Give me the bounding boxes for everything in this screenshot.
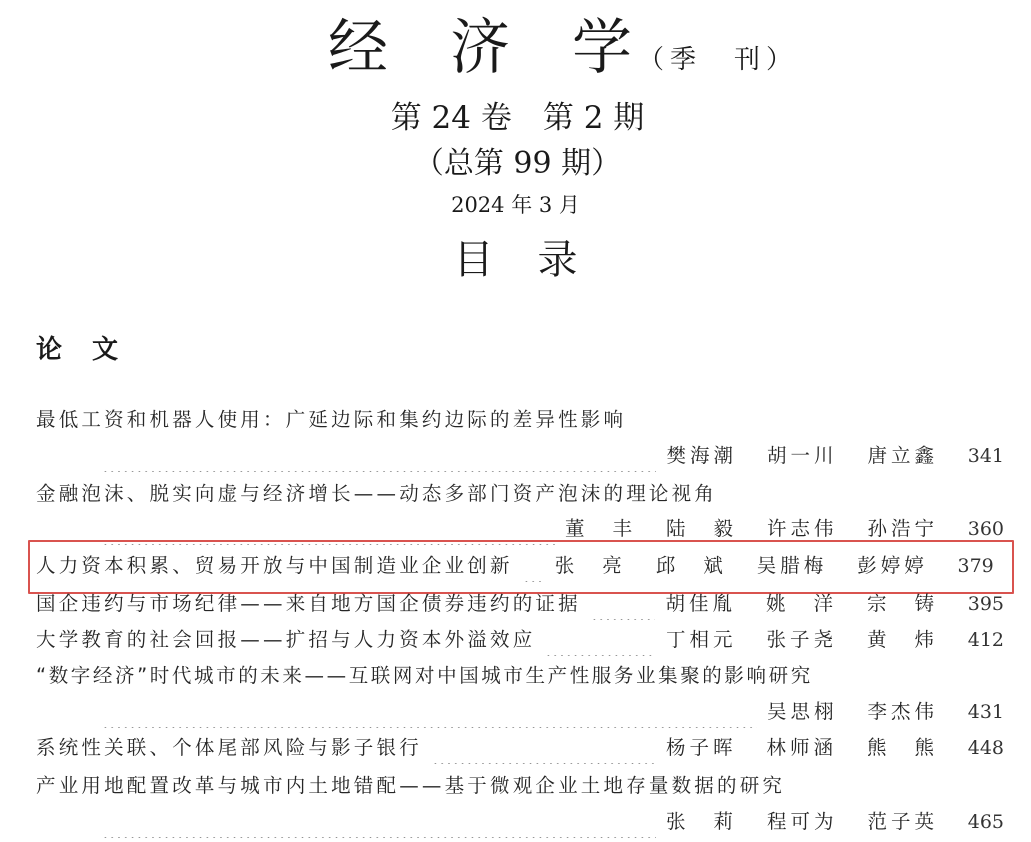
dot-leader — [102, 696, 757, 728]
toc-entry: 系统性关联、个体尾部风险与影子银行 杨子晖 林师涵 熊熊 448 — [36, 732, 1004, 764]
toc-entry-highlighted: 人力资本积累、贸易开放与中国制造业企业创新 张亮 邱斌 吴腊梅 彭婷婷 379 — [36, 550, 1004, 582]
toc-entry-author-line: 张莉 程可为 范子英 465 — [36, 806, 1004, 838]
entry-title[interactable]: 大学教育的社会回报——扩招与人力资本外溢效应 — [36, 624, 535, 656]
page-number: 448 — [964, 732, 1004, 764]
author-name: 唐立鑫 — [867, 440, 938, 472]
entry-authors: 吴思栩 李杰伟 — [767, 696, 938, 728]
entry-authors: 张莉 程可为 范子英 — [666, 806, 938, 838]
author-name: 樊海潮 — [666, 440, 737, 472]
dot-leader — [523, 550, 545, 582]
dot-leader — [102, 440, 656, 472]
entry-authors: 樊海潮 胡一川 唐立鑫 — [666, 440, 938, 472]
dot-leader — [102, 806, 656, 838]
toc-entry: 国企违约与市场纪律——来自地方国企债券违约的证据 胡佳胤 姚洋 宗铸 395 — [36, 588, 1004, 620]
entry-title[interactable]: 人力资本积累、贸易开放与中国制造业企业创新 — [36, 550, 513, 582]
journal-frequency: （季 刊） — [638, 42, 798, 78]
entry-authors: 胡佳胤 姚洋 宗铸 — [665, 588, 938, 620]
author-name: 黄炜 — [867, 624, 962, 656]
author-name: 吴思栩 — [767, 696, 838, 728]
author-name: 胡佳胤 — [665, 588, 736, 620]
entry-authors: 杨子晖 林师涵 熊熊 — [666, 732, 938, 764]
volume-issue: 第 24 卷 第 2 期 — [0, 98, 1031, 138]
page-number: 341 — [964, 440, 1004, 472]
author-name: 范子英 — [867, 806, 938, 838]
dot-leader — [591, 588, 656, 620]
page-number: 379 — [954, 550, 994, 582]
toc-entry-title-line: 最低工资和机器人使用：广延边际和集约边际的差异性影响 — [36, 404, 1004, 436]
entry-title[interactable]: 系统性关联、个体尾部风险与影子银行 — [36, 732, 422, 764]
toc-title: 目录 — [0, 232, 1031, 288]
toc-entry-title-line: “数字经济”时代城市的未来——互联网对中国城市生产性服务业集聚的影响研究 — [36, 660, 1004, 692]
toc-entry-author-line: 樊海潮 胡一川 唐立鑫 341 — [36, 440, 1004, 472]
author-name: 杨子晖 — [666, 732, 737, 764]
author-name: 宗铸 — [867, 588, 962, 620]
page-number: 412 — [964, 624, 1004, 656]
toc-entry-title-line: 金融泡沫、脱实向虚与经济增长——动态多部门资产泡沫的理论视角 — [36, 478, 1004, 510]
toc-entry-title-line: 产业用地配置改革与城市内土地错配——基于微观企业土地存量数据的研究 — [36, 770, 1004, 802]
author-name: 张莉 — [666, 806, 761, 838]
page-number: 465 — [964, 806, 1004, 838]
entry-title[interactable]: “数字经济”时代城市的未来——互联网对中国城市生产性服务业集聚的影响研究 — [36, 660, 813, 692]
entry-authors: 丁相元 张子尧 黄炜 — [666, 624, 938, 656]
page-number: 431 — [964, 696, 1004, 728]
author-name: 邱斌 — [656, 550, 751, 582]
section-heading: 论文 — [36, 332, 148, 368]
total-issue: （总第 99 期） — [0, 144, 1031, 184]
toc-entry: 大学教育的社会回报——扩招与人力资本外溢效应 丁相元 张子尧 黄炜 412 — [36, 624, 1004, 656]
page-number: 395 — [964, 588, 1004, 620]
dot-leader — [432, 732, 656, 764]
author-name: 丁相元 — [666, 624, 737, 656]
author-name: 张子尧 — [766, 624, 837, 656]
entry-title[interactable]: 最低工资和机器人使用：广延边际和集约边际的差异性影响 — [36, 404, 626, 436]
author-name: 李杰伟 — [867, 696, 938, 728]
entry-title[interactable]: 金融泡沫、脱实向虚与经济增长——动态多部门资产泡沫的理论视角 — [36, 478, 717, 510]
dot-leader — [545, 624, 656, 656]
author-name: 张亮 — [555, 550, 650, 582]
author-name: 姚洋 — [766, 588, 861, 620]
toc-entry-author-line: 吴思栩 李杰伟 431 — [36, 696, 1004, 728]
author-name: 吴腊梅 — [757, 550, 828, 582]
entry-authors: 张亮 邱斌 吴腊梅 彭婷婷 — [555, 550, 928, 582]
entry-title[interactable]: 产业用地配置改革与城市内土地错配——基于微观企业土地存量数据的研究 — [36, 770, 785, 802]
author-name: 熊熊 — [867, 732, 962, 764]
publication-date: 2024 年 3 月 — [0, 190, 1031, 220]
entry-title[interactable]: 国企违约与市场纪律——来自地方国企债券违约的证据 — [36, 588, 581, 620]
author-name: 程可为 — [767, 806, 838, 838]
author-name: 林师涵 — [766, 732, 837, 764]
author-name: 胡一川 — [767, 440, 838, 472]
author-name: 彭婷婷 — [857, 550, 928, 582]
